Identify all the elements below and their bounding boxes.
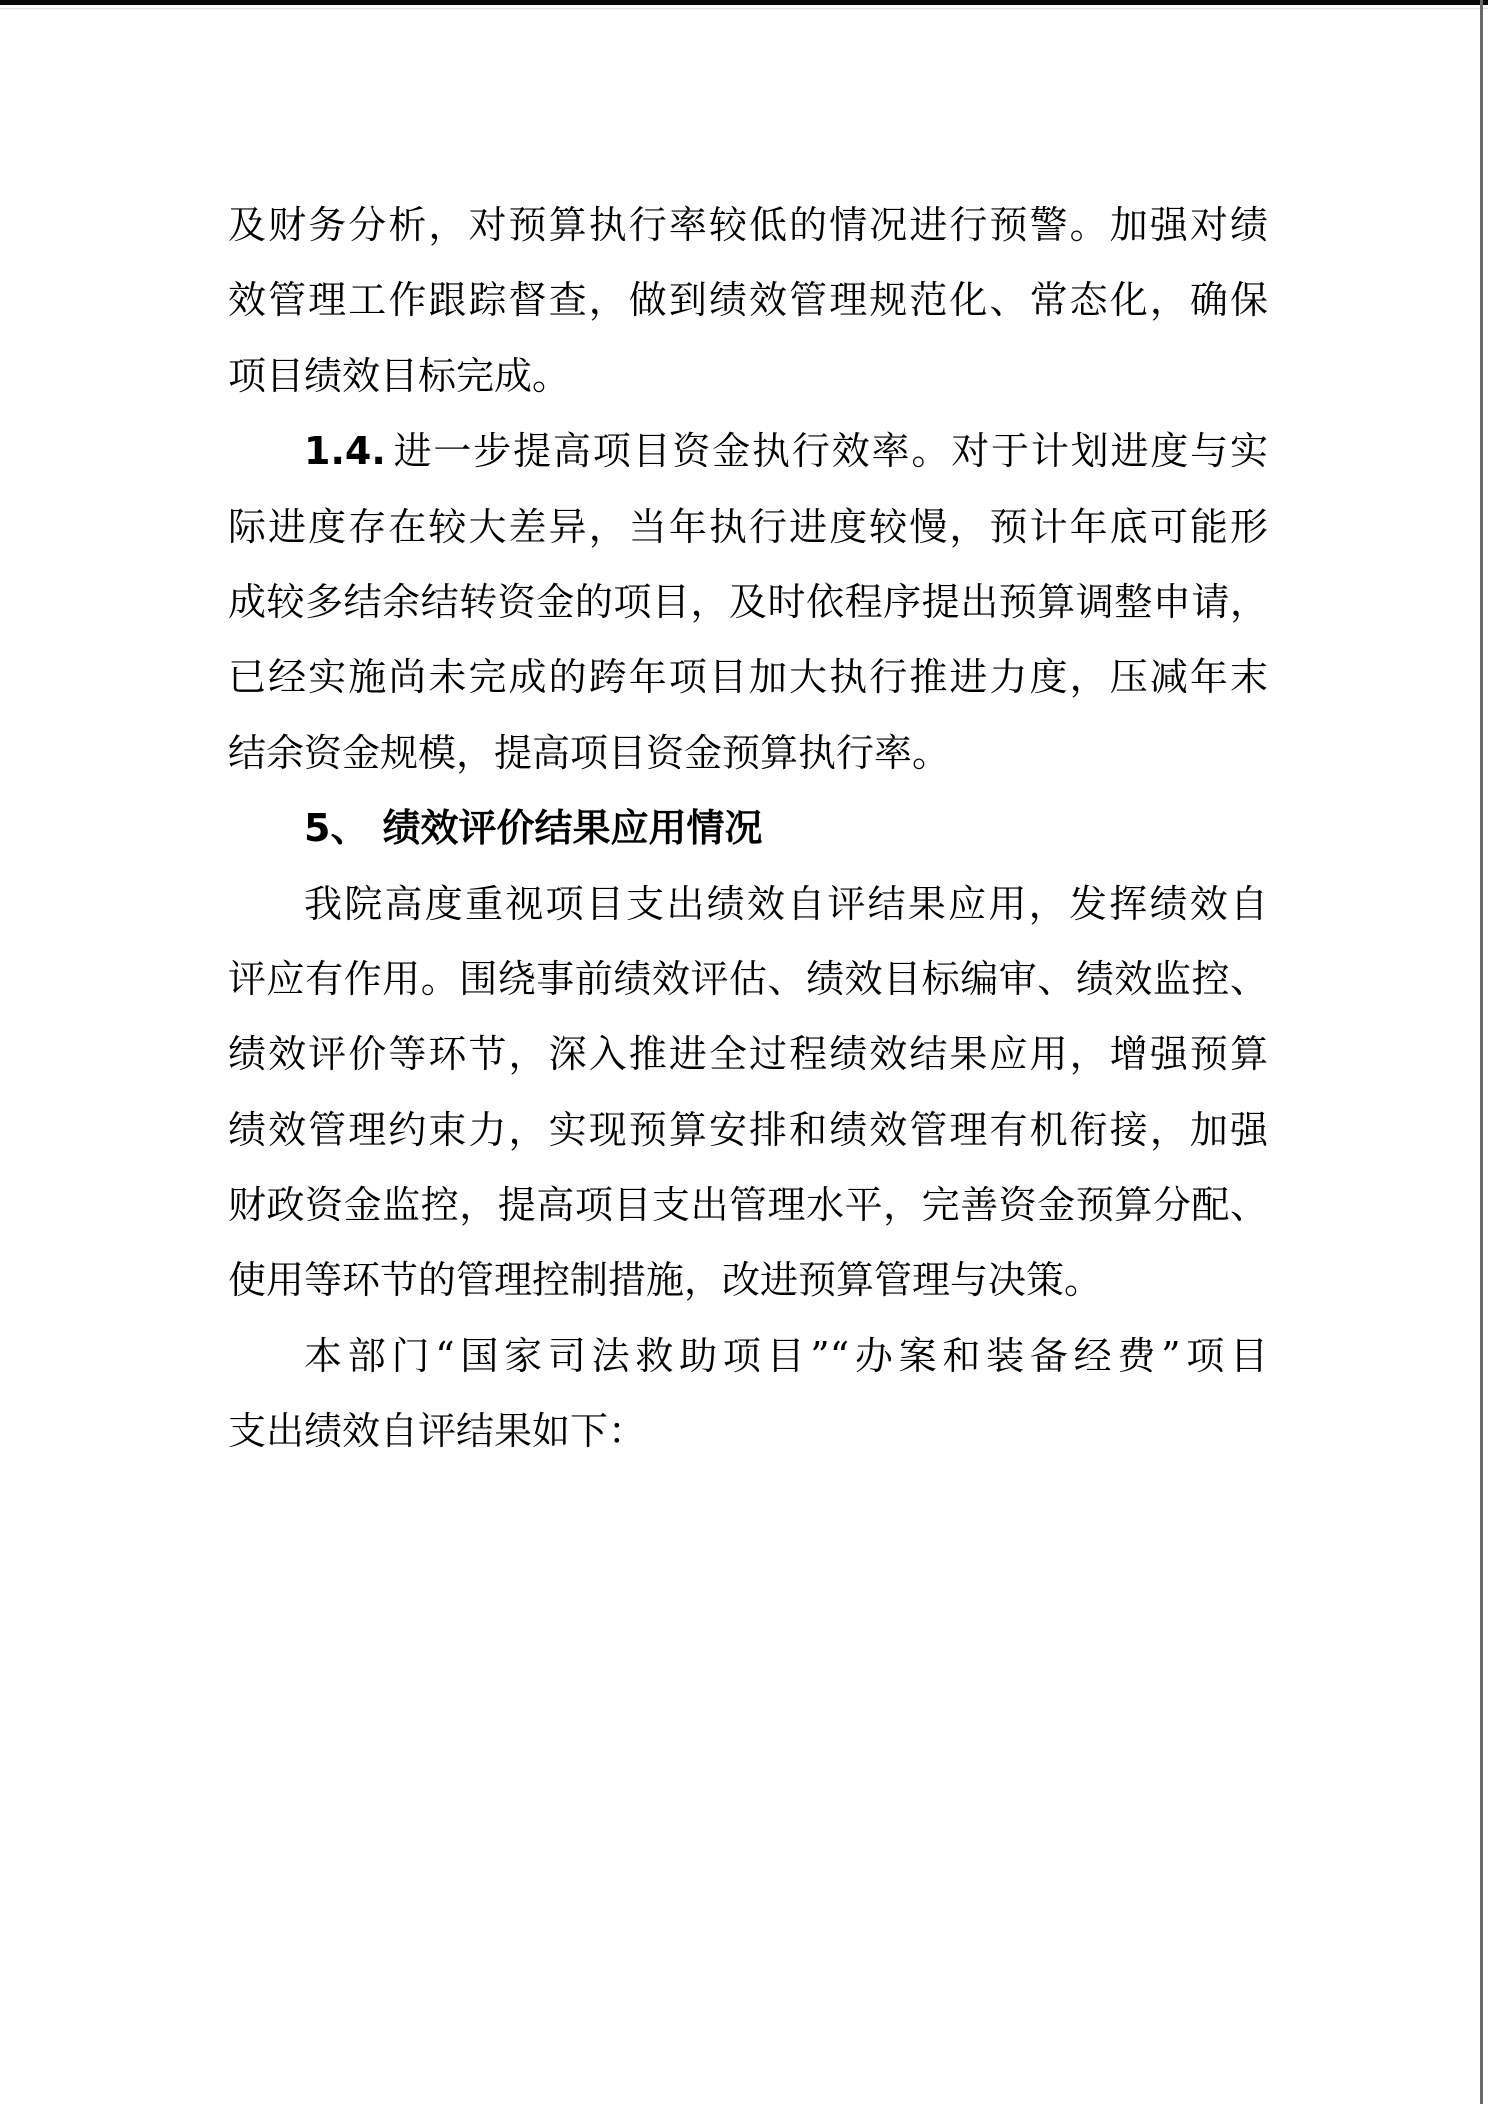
text-line: 支出绩效自评结果如下： xyxy=(228,1394,1268,1469)
text-line: 1.4.进一步提高项目资金执行效率。对于计划进度与实 xyxy=(228,414,1268,489)
text-line: 我院高度重视项目支出绩效自评结果应用，发挥绩效自 xyxy=(228,867,1268,942)
paragraph: 本部门“国家司法救助项目”“办案和装备经费”项目支出绩效自评结果如下： xyxy=(228,1319,1268,1470)
list-number: 1.4. xyxy=(304,429,386,473)
text-line: 绩效管理约束力，实现预算安排和绩效管理有机衔接，加强 xyxy=(228,1093,1268,1168)
page-right-edge-line xyxy=(1480,0,1483,2104)
paragraph: 1.4.进一步提高项目资金执行效率。对于计划进度与实际进度存在较大差异，当年执行… xyxy=(228,414,1268,791)
text-line: 际进度存在较大差异，当年执行进度较慢，预计年底可能形 xyxy=(228,490,1268,565)
text-line: 效管理工作跟踪督查，做到绩效管理规范化、常态化，确保 xyxy=(228,263,1268,338)
list-number: 5、 xyxy=(304,806,368,850)
text-line: 使用等环节的管理控制措施，改进预算管理与决策。 xyxy=(228,1243,1268,1318)
text-line: 及财务分析，对预算执行率较低的情况进行预警。加强对绩 xyxy=(228,188,1268,263)
text-line: 项目绩效目标完成。 xyxy=(228,339,1268,414)
document-text: 及财务分析，对预算执行率较低的情况进行预警。加强对绩效管理工作跟踪督查，做到绩效… xyxy=(228,188,1268,1470)
text-line: 结余资金规模，提高项目资金预算执行率。 xyxy=(228,716,1268,791)
text-line: 已经实施尚未完成的跨年项目加大执行推进力度，压减年末 xyxy=(228,640,1268,715)
window-top-border xyxy=(0,0,1488,5)
paragraph: 我院高度重视项目支出绩效自评结果应用，发挥绩效自评应有作用。围绕事前绩效评估、绩… xyxy=(228,867,1268,1319)
section-heading: 5、绩效评价结果应用情况 xyxy=(228,791,1268,866)
text-line: 5、绩效评价结果应用情况 xyxy=(228,791,1268,866)
top-hairline xyxy=(0,8,1488,9)
text-line: 评应有作用。围绕事前绩效评估、绩效目标编审、绩效监控、 xyxy=(228,942,1268,1017)
text-line: 财政资金监控，提高项目支出管理水平，完善资金预算分配、 xyxy=(228,1168,1268,1243)
paragraph: 及财务分析，对预算执行率较低的情况进行预警。加强对绩效管理工作跟踪督查，做到绩效… xyxy=(228,188,1268,414)
text-line: 绩效评价等环节，深入推进全过程绩效结果应用，增强预算 xyxy=(228,1017,1268,1092)
text-line: 本部门“国家司法救助项目”“办案和装备经费”项目 xyxy=(228,1319,1268,1394)
text-line: 成较多结余结转资金的项目，及时依程序提出预算调整申请， xyxy=(228,565,1268,640)
